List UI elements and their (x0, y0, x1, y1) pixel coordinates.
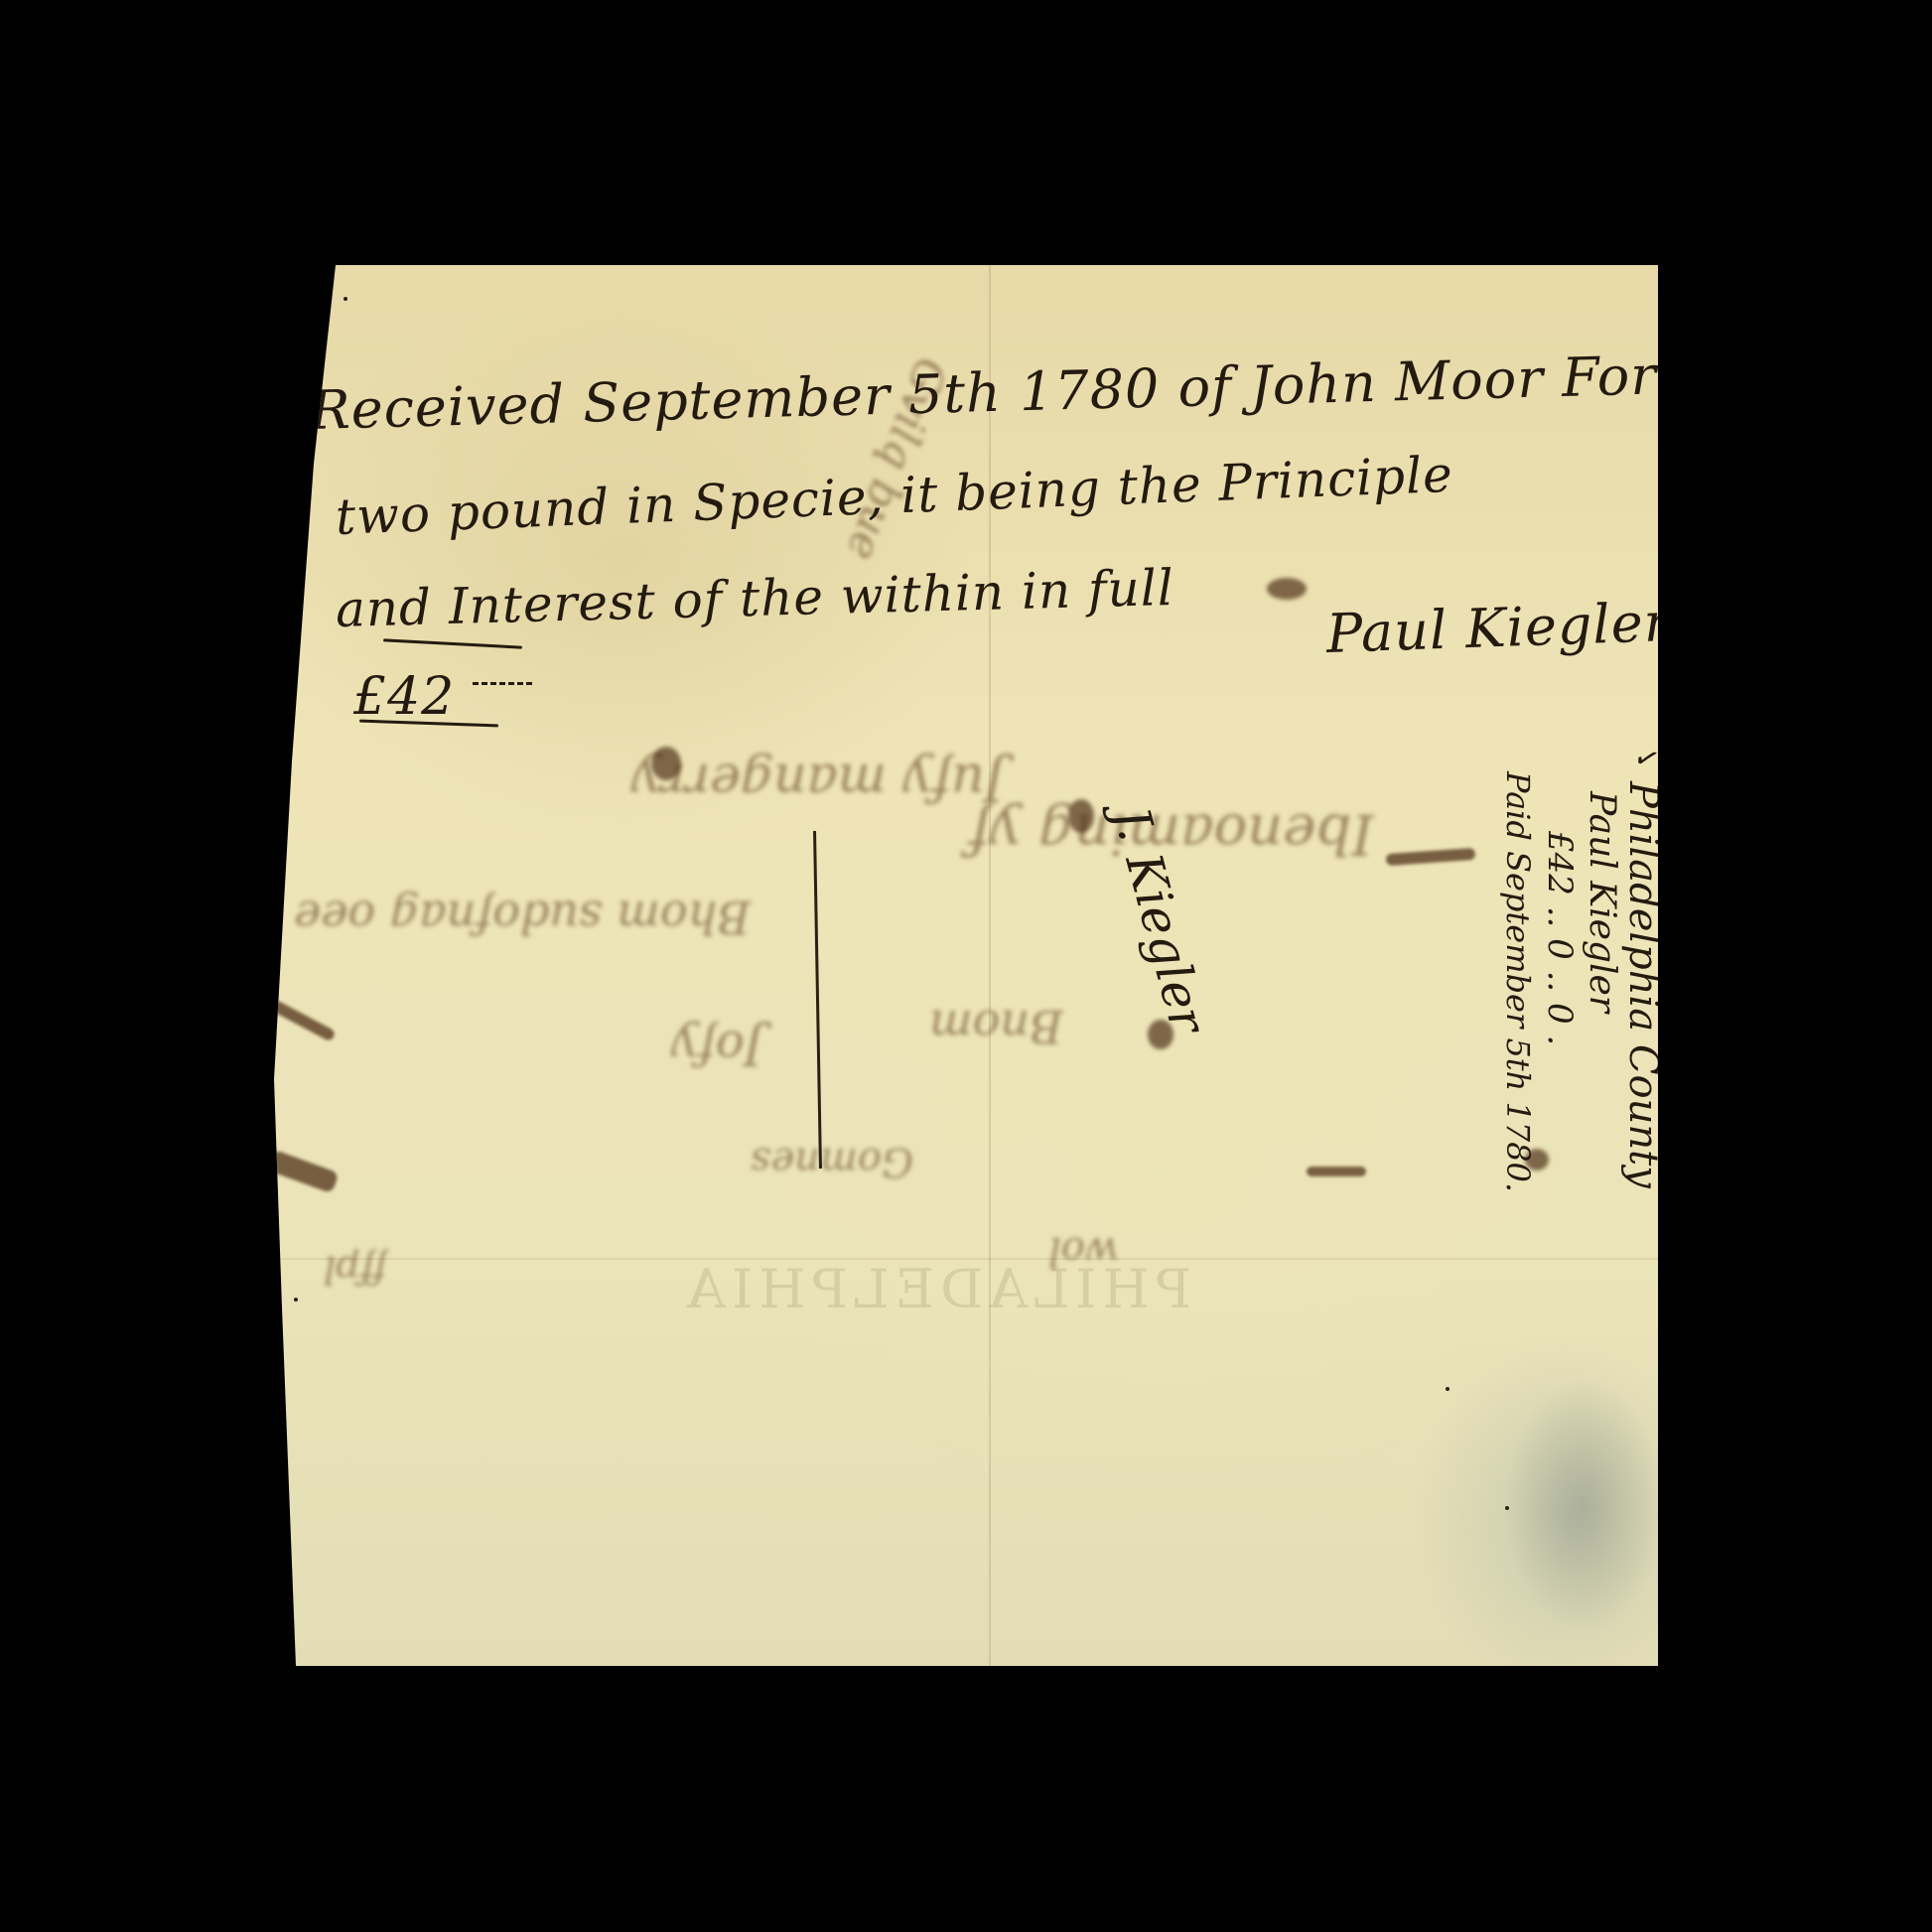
ink-stroke (274, 1150, 340, 1194)
paper-speck (294, 1298, 298, 1302)
signature-rule (813, 831, 822, 1169)
ink-stroke (274, 999, 337, 1041)
signature: Paul Kiegler (1325, 591, 1659, 665)
ink-stroke (1307, 1167, 1366, 1176)
receipt-line-3: and Interest of the within in full (335, 559, 1174, 638)
endorsement-amount: £42 .. 0 .. 0 . (1539, 742, 1581, 1238)
endorsement-county: Philadelphia County (1622, 742, 1659, 1238)
ink-blot (1267, 578, 1307, 600)
amount-overline (383, 638, 522, 648)
bleed-through-text: Jufy mangerry (631, 752, 1005, 811)
bleed-through-text: Gomnes (751, 1139, 913, 1184)
paper-speck (1505, 1506, 1509, 1510)
paper-speck (1446, 1387, 1449, 1391)
bleed-through-text: Bhom sudofnag oee (294, 891, 751, 944)
bleed-through-text: Bnom (929, 1000, 1063, 1053)
receipt-line-1: Received September 5th 1780 of John Moor… (309, 343, 1659, 442)
bleed-through-text: wol (1048, 1228, 1119, 1274)
bleed-through-text: Jofy (671, 1020, 763, 1075)
amount: £42 (353, 667, 455, 727)
image-canvas: PHILADELPHIA Gvilq bue Jufy mangerry Bho… (0, 0, 1932, 1932)
amount-dash (473, 682, 532, 685)
endorsement-paid-date: Paid September 5th 1780. (1497, 742, 1539, 1238)
foxing-stain (1505, 1377, 1659, 1635)
bleed-through-text: ffpl (324, 1248, 386, 1292)
endorsement-name: Paul Kiegler (1581, 742, 1622, 1238)
paper-speck (344, 297, 347, 301)
ink-blot (651, 747, 681, 780)
receipt-paper: PHILADELPHIA Gvilq bue Jufy mangerry Bho… (274, 265, 1659, 1666)
endorsement-docket: No. 108. Philadelphia County Paul Kiegle… (1408, 742, 1659, 1238)
